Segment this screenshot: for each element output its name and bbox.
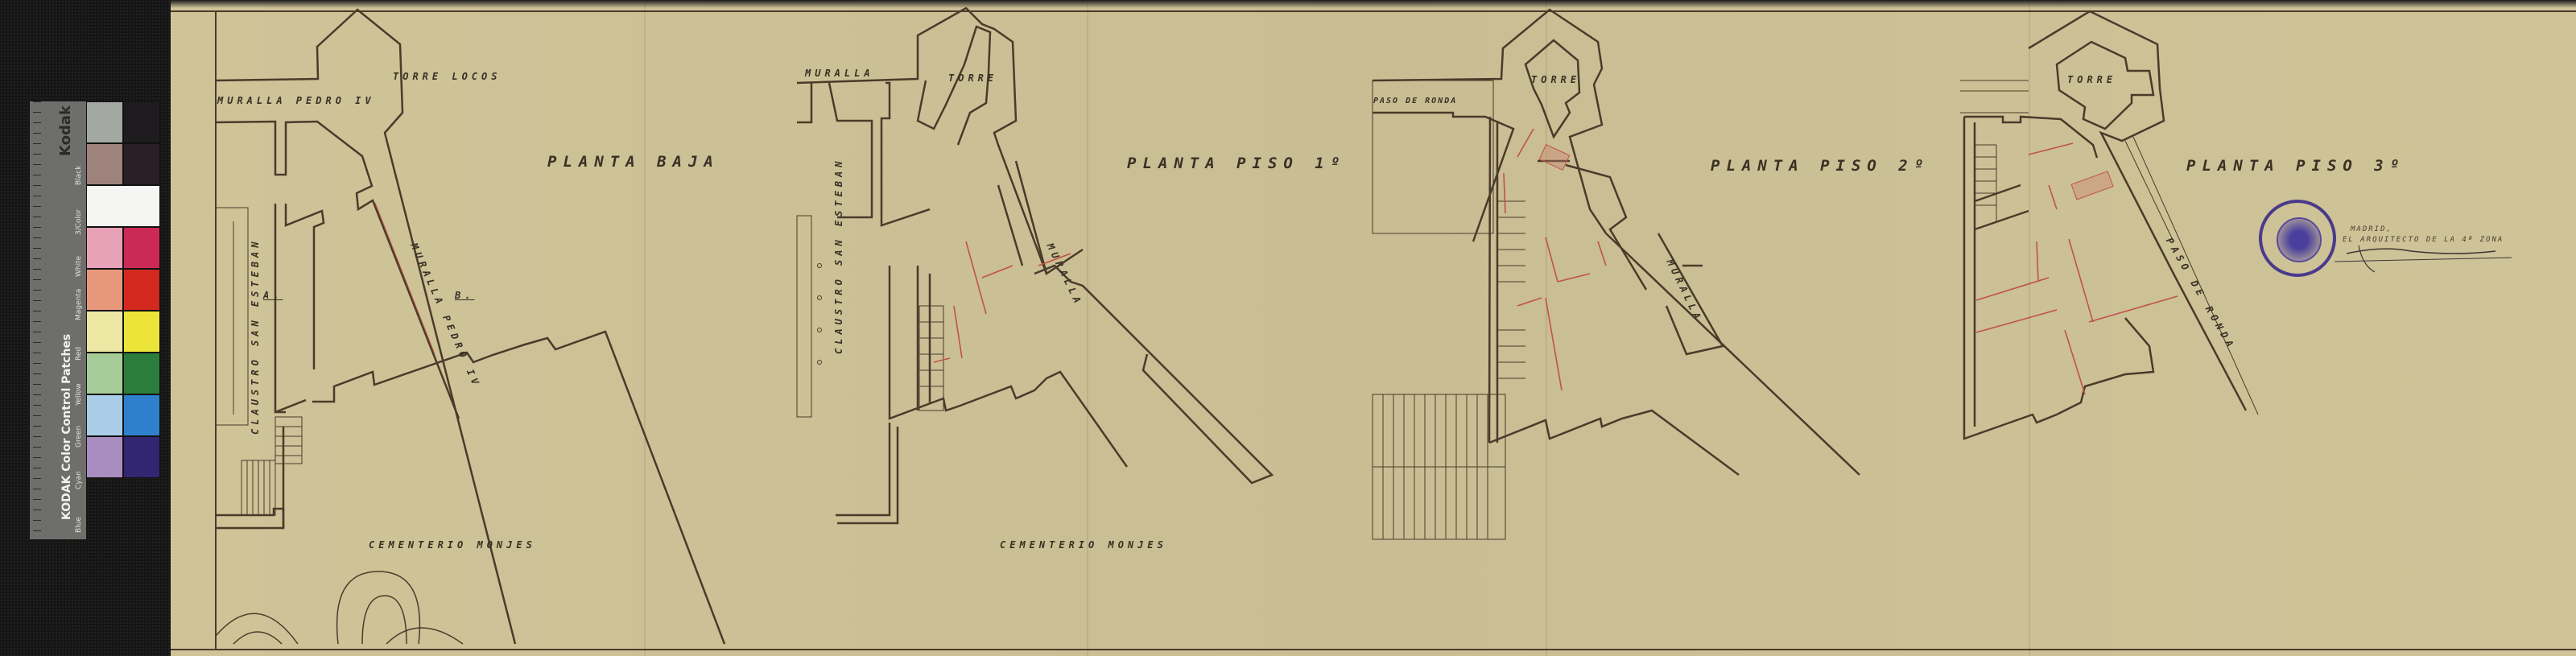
label-cementerio-monjes: CEMENTERIO MONJES [1000, 539, 1167, 551]
plan-title-planta-piso-1: PLANTA PISO 1º [1127, 155, 1346, 172]
label-claustro-san-esteban: CLAUSTRO SAN ESTEBAN [833, 158, 844, 355]
label-torre: TORRE [948, 72, 997, 84]
label-muralla-pedro-iv: MURALLA PEDRO IV [217, 95, 375, 106]
label-torre: TORRE [2067, 74, 2116, 85]
plan-title-planta-baja: PLANTA BAJA [547, 153, 720, 171]
plan-title-planta-piso-2: PLANTA PISO 2º [1711, 157, 1930, 175]
label-section-b: B. [455, 290, 474, 301]
label-cementerio-monjes: CEMENTERIO MONJES [369, 539, 536, 551]
label-torre: TORRE [1531, 74, 1580, 85]
label-muralla: MURALLA [805, 68, 874, 79]
label-paso-de-ronda: PASO DE RONDA [1373, 97, 1457, 105]
label-torre-locos: TORRE LOCOS [393, 71, 501, 82]
label-claustro-san-esteban: CLAUSTRO SAN ESTEBAN [250, 238, 261, 435]
plan-title-planta-piso-3: PLANTA PISO 3º [2186, 157, 2405, 175]
signature-place: MADRID, [2351, 225, 2392, 233]
label-section-a: A. [263, 290, 283, 301]
signature-role: EL ARQUITECTO DE LA 4ª ZONA [2343, 236, 2504, 244]
official-seal-stamp [2259, 200, 2336, 277]
floor-plan-linework [0, 0, 2576, 656]
